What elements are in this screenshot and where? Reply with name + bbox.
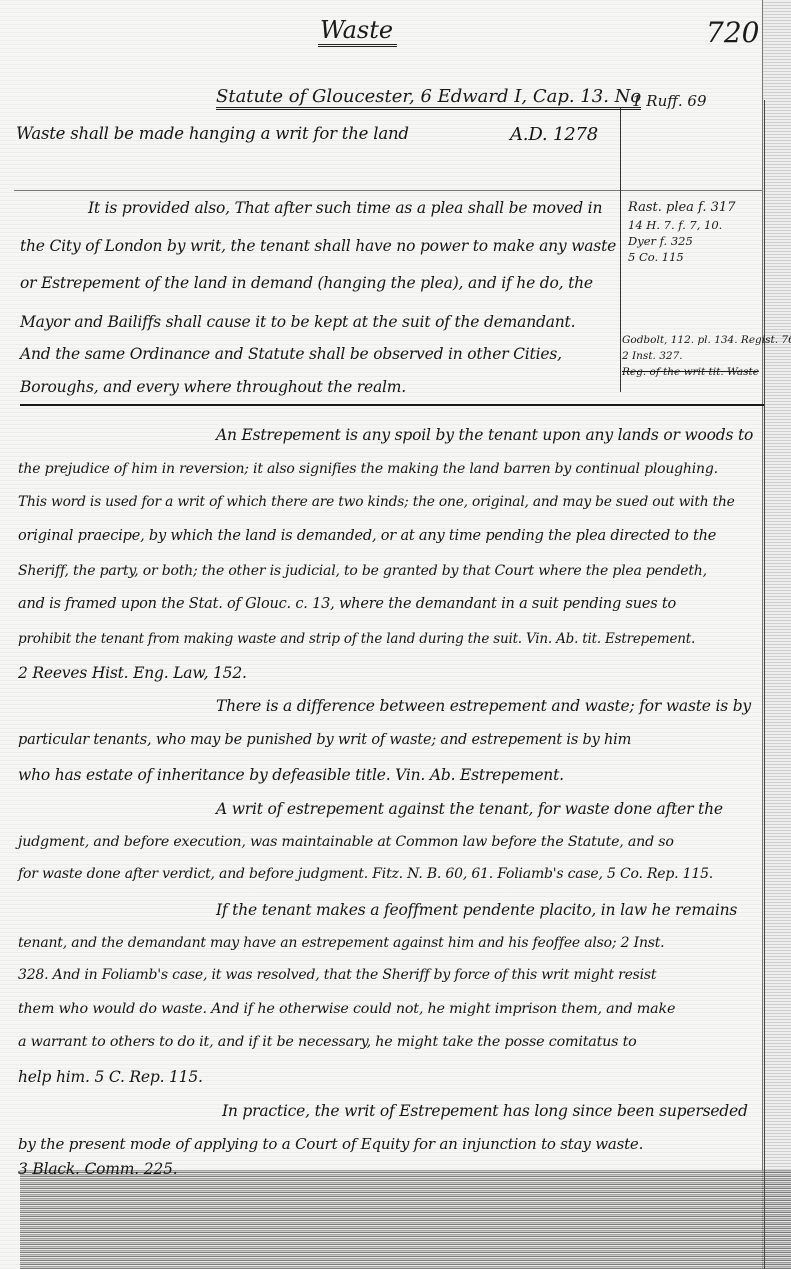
statute-subtitle: Waste shall be made hanging a writ for t… xyxy=(16,124,409,143)
commentary-line: who has estate of inheritance by defeasi… xyxy=(18,766,564,784)
margin-note-line: Rast. plea f. 317 xyxy=(628,200,735,215)
commentary-line: A writ of estrepement against the tenant… xyxy=(216,800,723,818)
margin-note-line: 2 Inst. 327. xyxy=(622,350,683,362)
commentary-line: by the present mode of applying to a Cou… xyxy=(18,1135,643,1153)
outer-margin-divider xyxy=(764,100,765,1269)
scan-noise-area xyxy=(20,1170,791,1269)
manuscript-page: Waste 720 Statute of Gloucester, 6 Edwar… xyxy=(0,0,791,1269)
commentary-line: 2 Reeves Hist. Eng. Law, 152. xyxy=(18,664,247,682)
commentary-line: In practice, the writ of Estrepement has… xyxy=(222,1102,748,1120)
commentary-line: Sheriff, the party, or both; the other i… xyxy=(18,563,707,579)
statute-heading: Statute of Gloucester, 6 Edward I, Cap. … xyxy=(216,86,641,110)
statute-line: or Estrepement of the land in demand (ha… xyxy=(20,274,593,292)
commentary-line: There is a difference between estrepemen… xyxy=(216,697,751,715)
commentary-line: help him. 5 C. Rep. 115. xyxy=(18,1068,203,1086)
statute-line: It is provided also, That after such tim… xyxy=(88,199,602,217)
page-number: 720 xyxy=(706,16,759,49)
margin-note-line: 5 Co. 115 xyxy=(628,250,684,264)
page-title: Waste xyxy=(318,16,397,47)
commentary-line: for waste done after verdict, and before… xyxy=(18,866,713,882)
commentary-line: the prejudice of him in reversion; it al… xyxy=(18,461,718,477)
commentary-line: If the tenant makes a feoffment pendente… xyxy=(216,901,737,919)
commentary-line: An Estrepement is any spoil by the tenan… xyxy=(216,426,753,444)
margin-note-line: 14 H. 7. f. 7, 10. xyxy=(628,218,722,232)
statute-line: Boroughs, and every where throughout the… xyxy=(20,378,406,396)
commentary-line: original praecipe, by which the land is … xyxy=(18,528,716,544)
commentary-line: a warrant to others to do it, and if it … xyxy=(18,1034,637,1050)
statute-line: Mayor and Bailiffs shall cause it to be … xyxy=(20,313,575,331)
statute-line: And the same Ordinance and Statute shall… xyxy=(20,345,562,363)
margin-note-ruff: 1 Ruff. 69 xyxy=(632,92,707,110)
margin-note-line: Godbolt, 112. pl. 134. Regist. 76. xyxy=(622,334,791,346)
commentary-line: and is framed upon the Stat. of Glouc. c… xyxy=(18,596,676,612)
commentary-line: prohibit the tenant from making waste an… xyxy=(18,631,695,647)
margin-column-divider xyxy=(620,108,621,392)
page-edge-shadow xyxy=(762,0,791,1269)
commentary-line: tenant, and the demandant may have an es… xyxy=(18,935,664,951)
commentary-line: This word is used for a writ of which th… xyxy=(18,494,735,510)
margin-note-struck: Reg. of the writ tit. Waste xyxy=(622,366,759,378)
margin-note-line: Dyer f. 325 xyxy=(628,234,693,248)
commentary-line: 3 Black. Comm. 225. xyxy=(18,1160,177,1178)
statute-line: the City of London by writ, the tenant s… xyxy=(20,237,616,255)
top-rule xyxy=(14,190,762,191)
commentary-line: them who would do waste. And if he other… xyxy=(18,1001,675,1017)
commentary-line: judgment, and before execution, was main… xyxy=(18,834,674,850)
section-divider xyxy=(20,404,764,406)
statute-date: A.D. 1278 xyxy=(510,124,598,145)
commentary-line: particular tenants, who may be punished … xyxy=(18,732,631,748)
commentary-line: 328. And in Foliamb's case, it was resol… xyxy=(18,967,656,983)
